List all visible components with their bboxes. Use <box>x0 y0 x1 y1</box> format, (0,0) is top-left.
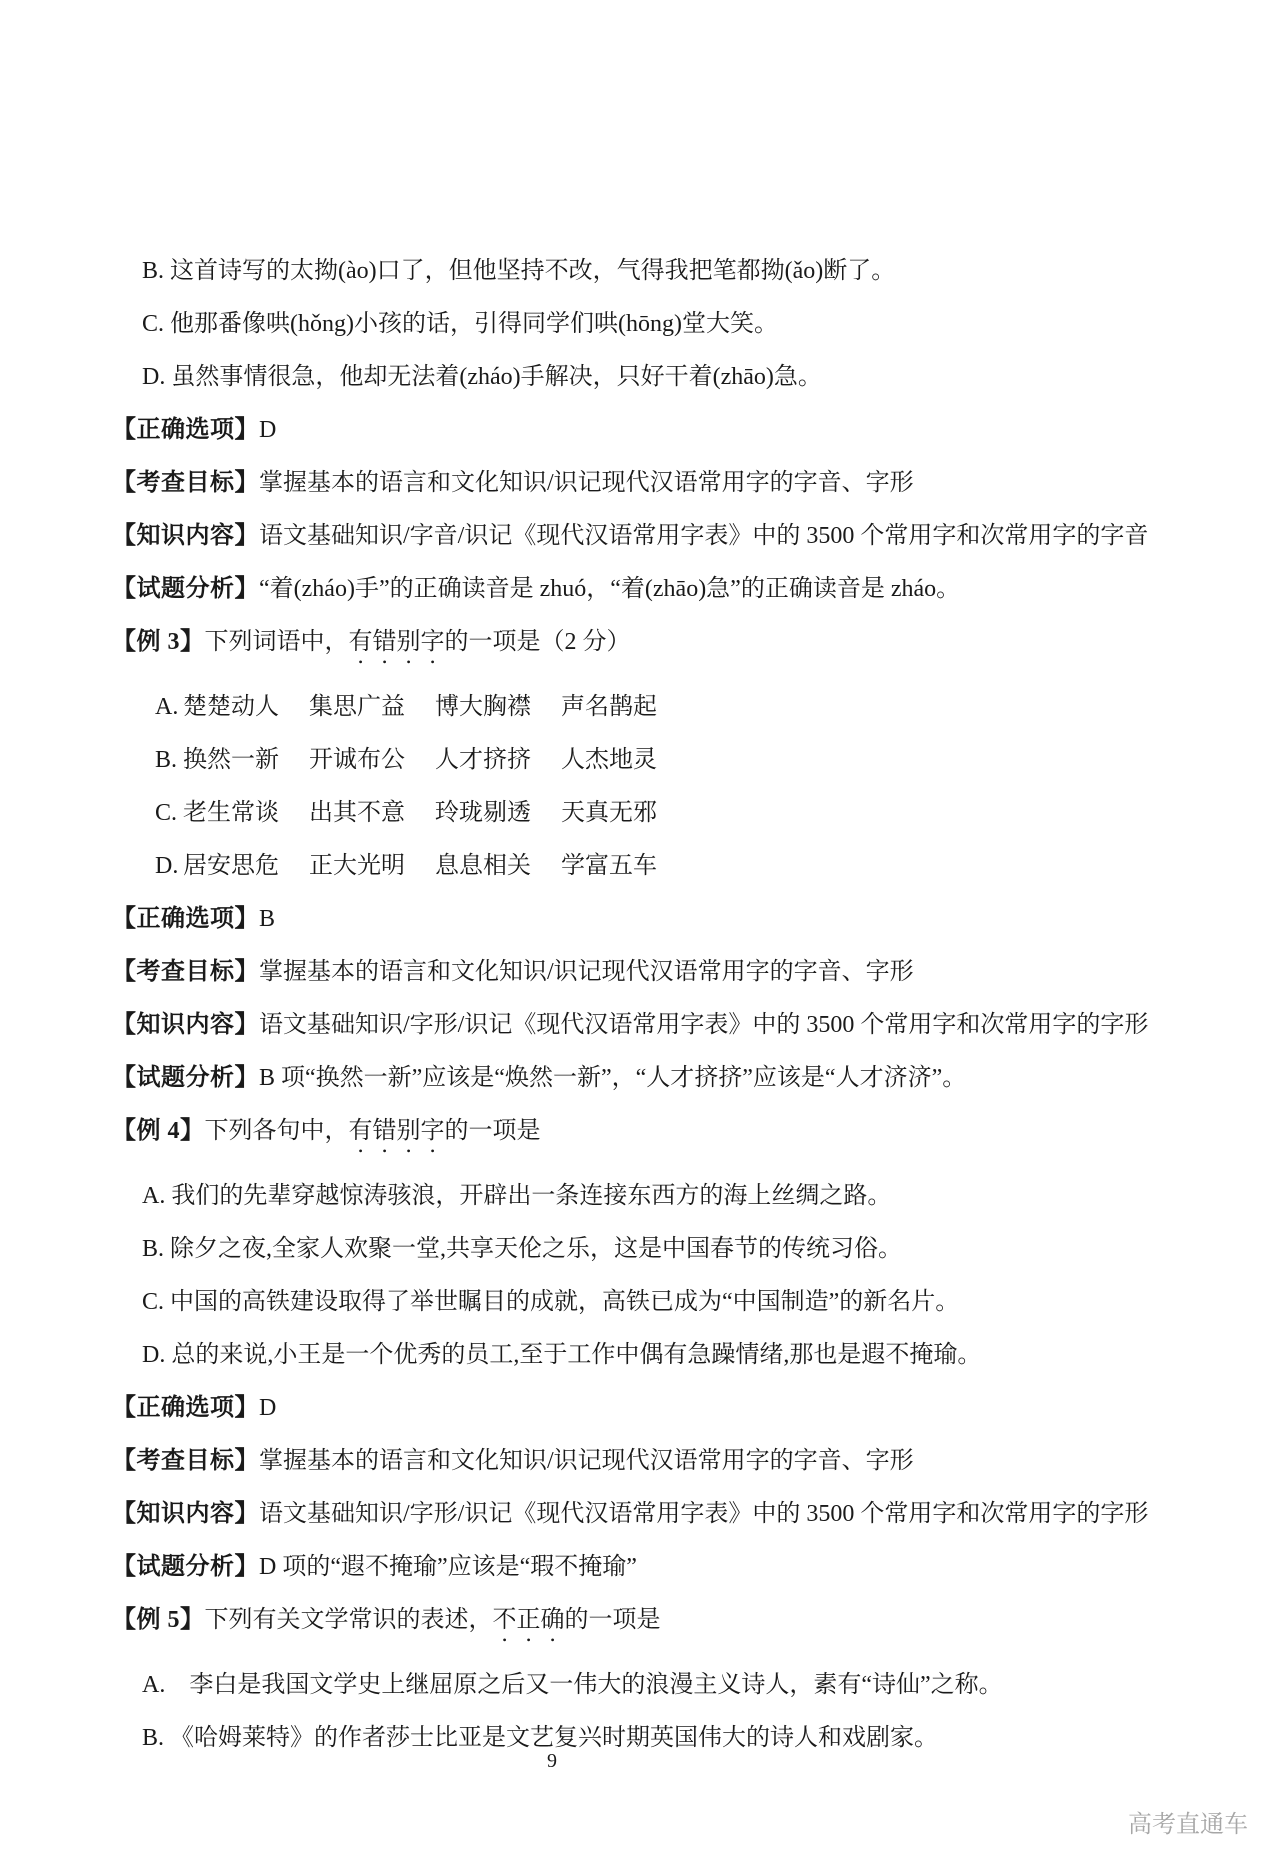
answer-value: B <box>259 906 275 932</box>
q3-title-post: 的一项是（2 分） <box>445 629 631 655</box>
q2-option-d: D. 虽然事情很急，他却无法着(zháo)手解决，只好干着(zhāo)急。 <box>112 362 1200 392</box>
goal-tag: 【考查目标】 <box>112 470 259 496</box>
q2-option-c: C. 他那番像哄(hǒng)小孩的话，引得同学们哄(hōng)堂大笑。 <box>112 309 1200 339</box>
word-cell: 楚楚动人 <box>183 692 309 722</box>
analysis-text: D 项的“遐不掩瑜”应该是“瑕不掩瑜” <box>259 1554 637 1580</box>
word-cell: 人杰地灵 <box>561 745 687 775</box>
row-label: A. <box>155 692 183 722</box>
q4-analysis-line: 【试题分析】D 项的“遐不掩瑜”应该是“瑕不掩瑜” <box>112 1552 1200 1582</box>
q5-title-line: 【例 5】下列有关文学常识的表述，不正确的一项是 <box>112 1605 1200 1647</box>
answer-tag: 【正确选项】 <box>112 1395 259 1421</box>
answer-tag: 【正确选项】 <box>112 417 259 443</box>
q5-option-b: B. 《哈姆莱特》的作者莎士比亚是文艺复兴时期英国伟大的诗人和戏剧家。 <box>112 1723 1200 1753</box>
q3-row-d: D. 居安思危 正大光明 息息相关 学富五车 <box>112 851 1200 881</box>
q4-title-line: 【例 4】下列各句中，有错别字的一项是 <box>112 1116 1200 1158</box>
word-cell: 开诚布公 <box>309 745 435 775</box>
page-number: 9 <box>0 1750 1104 1773</box>
answer-value: D <box>259 1395 276 1421</box>
q4-option-c: C. 中国的高铁建设取得了举世瞩目的成就，高铁已成为“中国制造”的新名片。 <box>112 1287 1200 1317</box>
knowledge-tag: 【知识内容】 <box>112 523 259 549</box>
word-cell: 人才挤挤 <box>435 745 561 775</box>
q2-analysis-line: 【试题分析】“着(zháo)手”的正确读音是 zhuó，“着(zhāo)急”的正… <box>112 574 1200 604</box>
example-5-tag: 【例 5】 <box>112 1607 205 1633</box>
goal-tag: 【考查目标】 <box>112 959 259 985</box>
analysis-text: “着(zháo)手”的正确读音是 zhuó，“着(zhāo)急”的正确读音是 z… <box>259 576 960 602</box>
q4-knowledge-line: 【知识内容】语文基础知识/字形/识记《现代汉语常用字表》中的 3500 个常用字… <box>112 1499 1200 1529</box>
q4-option-d: D. 总的来说,小王是一个优秀的员工,至于工作中偶有急躁情绪,那也是遐不掩瑜。 <box>112 1340 1200 1370</box>
q5-title-pre: 下列有关文学常识的表述， <box>205 1607 493 1633</box>
q3-knowledge-line: 【知识内容】语文基础知识/字形/识记《现代汉语常用字表》中的 3500 个常用字… <box>112 1010 1200 1040</box>
q3-title-emphasized: 有错别字 <box>349 629 445 655</box>
knowledge-text: 语文基础知识/字音/识记《现代汉语常用字表》中的 3500 个常用字和次常用字的… <box>259 523 1148 549</box>
word-cell: 玲珑剔透 <box>435 798 561 828</box>
q4-title-post: 的一项是 <box>445 1118 541 1144</box>
analysis-tag: 【试题分析】 <box>112 1065 259 1091</box>
knowledge-tag: 【知识内容】 <box>112 1012 259 1038</box>
q4-answer-line: 【正确选项】D <box>112 1393 1200 1423</box>
q4-option-b: B. 除夕之夜,全家人欢聚一堂,共享天伦之乐，这是中国春节的传统习俗。 <box>112 1234 1200 1264</box>
q3-row-a: A. 楚楚动人 集思广益 博大胸襟 声名鹊起 <box>112 692 1200 722</box>
word-cell: 博大胸襟 <box>435 692 561 722</box>
q2-knowledge-line: 【知识内容】语文基础知识/字音/识记《现代汉语常用字表》中的 3500 个常用字… <box>112 521 1200 551</box>
q3-title-pre: 下列词语中， <box>205 629 349 655</box>
q4-title-pre: 下列各句中， <box>205 1118 349 1144</box>
word-cell: 天真无邪 <box>561 798 687 828</box>
q3-row-b: B. 换然一新 开诚布公 人才挤挤 人杰地灵 <box>112 745 1200 775</box>
knowledge-text: 语文基础知识/字形/识记《现代汉语常用字表》中的 3500 个常用字和次常用字的… <box>259 1501 1148 1527</box>
goal-text: 掌握基本的语言和文化知识/识记现代汉语常用字的字音、字形 <box>259 470 914 496</box>
word-cell: 正大光明 <box>309 851 435 881</box>
q4-option-a: A. 我们的先辈穿越惊涛骇浪，开辟出一条连接东西方的海上丝绸之路。 <box>112 1181 1200 1211</box>
row-label: B. <box>155 745 183 775</box>
word-cell: 出其不意 <box>309 798 435 828</box>
q2-goal-line: 【考查目标】掌握基本的语言和文化知识/识记现代汉语常用字的字音、字形 <box>112 468 1200 498</box>
word-cell: 学富五车 <box>561 851 687 881</box>
example-4-tag: 【例 4】 <box>112 1118 205 1144</box>
knowledge-text: 语文基础知识/字形/识记《现代汉语常用字表》中的 3500 个常用字和次常用字的… <box>259 1012 1148 1038</box>
q3-row-c: C. 老生常谈 出其不意 玲珑剔透 天真无邪 <box>112 798 1200 828</box>
goal-tag: 【考查目标】 <box>112 1448 259 1474</box>
q2-answer-line: 【正确选项】D <box>112 415 1200 445</box>
word-cell: 居安思危 <box>183 851 309 881</box>
q3-answer-line: 【正确选项】B <box>112 904 1200 934</box>
word-cell: 换然一新 <box>183 745 309 775</box>
word-cell: 息息相关 <box>435 851 561 881</box>
analysis-tag: 【试题分析】 <box>112 1554 259 1580</box>
goal-text: 掌握基本的语言和文化知识/识记现代汉语常用字的字音、字形 <box>259 1448 914 1474</box>
word-cell: 老生常谈 <box>183 798 309 828</box>
knowledge-tag: 【知识内容】 <box>112 1501 259 1527</box>
example-3-tag: 【例 3】 <box>112 629 205 655</box>
row-label: D. <box>155 851 183 881</box>
q3-goal-line: 【考查目标】掌握基本的语言和文化知识/识记现代汉语常用字的字音、字形 <box>112 957 1200 987</box>
word-cell: 声名鹊起 <box>561 692 687 722</box>
q3-analysis-line: 【试题分析】B 项“换然一新”应该是“焕然一新”，“人才挤挤”应该是“人才济济”… <box>112 1063 1200 1093</box>
q5-option-a: A. 李白是我国文学史上继屈原之后又一伟大的浪漫主义诗人，素有“诗仙”之称。 <box>112 1670 1200 1700</box>
watermark: 高考直通车 <box>1128 1804 1248 1839</box>
q5-title-emphasized: 不正确 <box>493 1607 565 1633</box>
word-cell: 集思广益 <box>309 692 435 722</box>
answer-value: D <box>259 417 276 443</box>
analysis-tag: 【试题分析】 <box>112 576 259 602</box>
goal-text: 掌握基本的语言和文化知识/识记现代汉语常用字的字音、字形 <box>259 959 914 985</box>
q4-title-emphasized: 有错别字 <box>349 1118 445 1144</box>
q3-title-line: 【例 3】下列词语中，有错别字的一项是（2 分） <box>112 627 1200 669</box>
q5-title-post: 的一项是 <box>565 1607 661 1633</box>
answer-tag: 【正确选项】 <box>112 906 259 932</box>
q4-goal-line: 【考查目标】掌握基本的语言和文化知识/识记现代汉语常用字的字音、字形 <box>112 1446 1200 1476</box>
document-content: B. 这首诗写的太拗(ào)口了，但他坚持不改，气得我把笔都拗(ǎo)断了。 C… <box>0 0 1280 1776</box>
row-label: C. <box>155 798 183 828</box>
q2-option-b: B. 这首诗写的太拗(ào)口了，但他坚持不改，气得我把笔都拗(ǎo)断了。 <box>112 256 1200 286</box>
analysis-text: B 项“换然一新”应该是“焕然一新”，“人才挤挤”应该是“人才济济”。 <box>259 1065 966 1091</box>
